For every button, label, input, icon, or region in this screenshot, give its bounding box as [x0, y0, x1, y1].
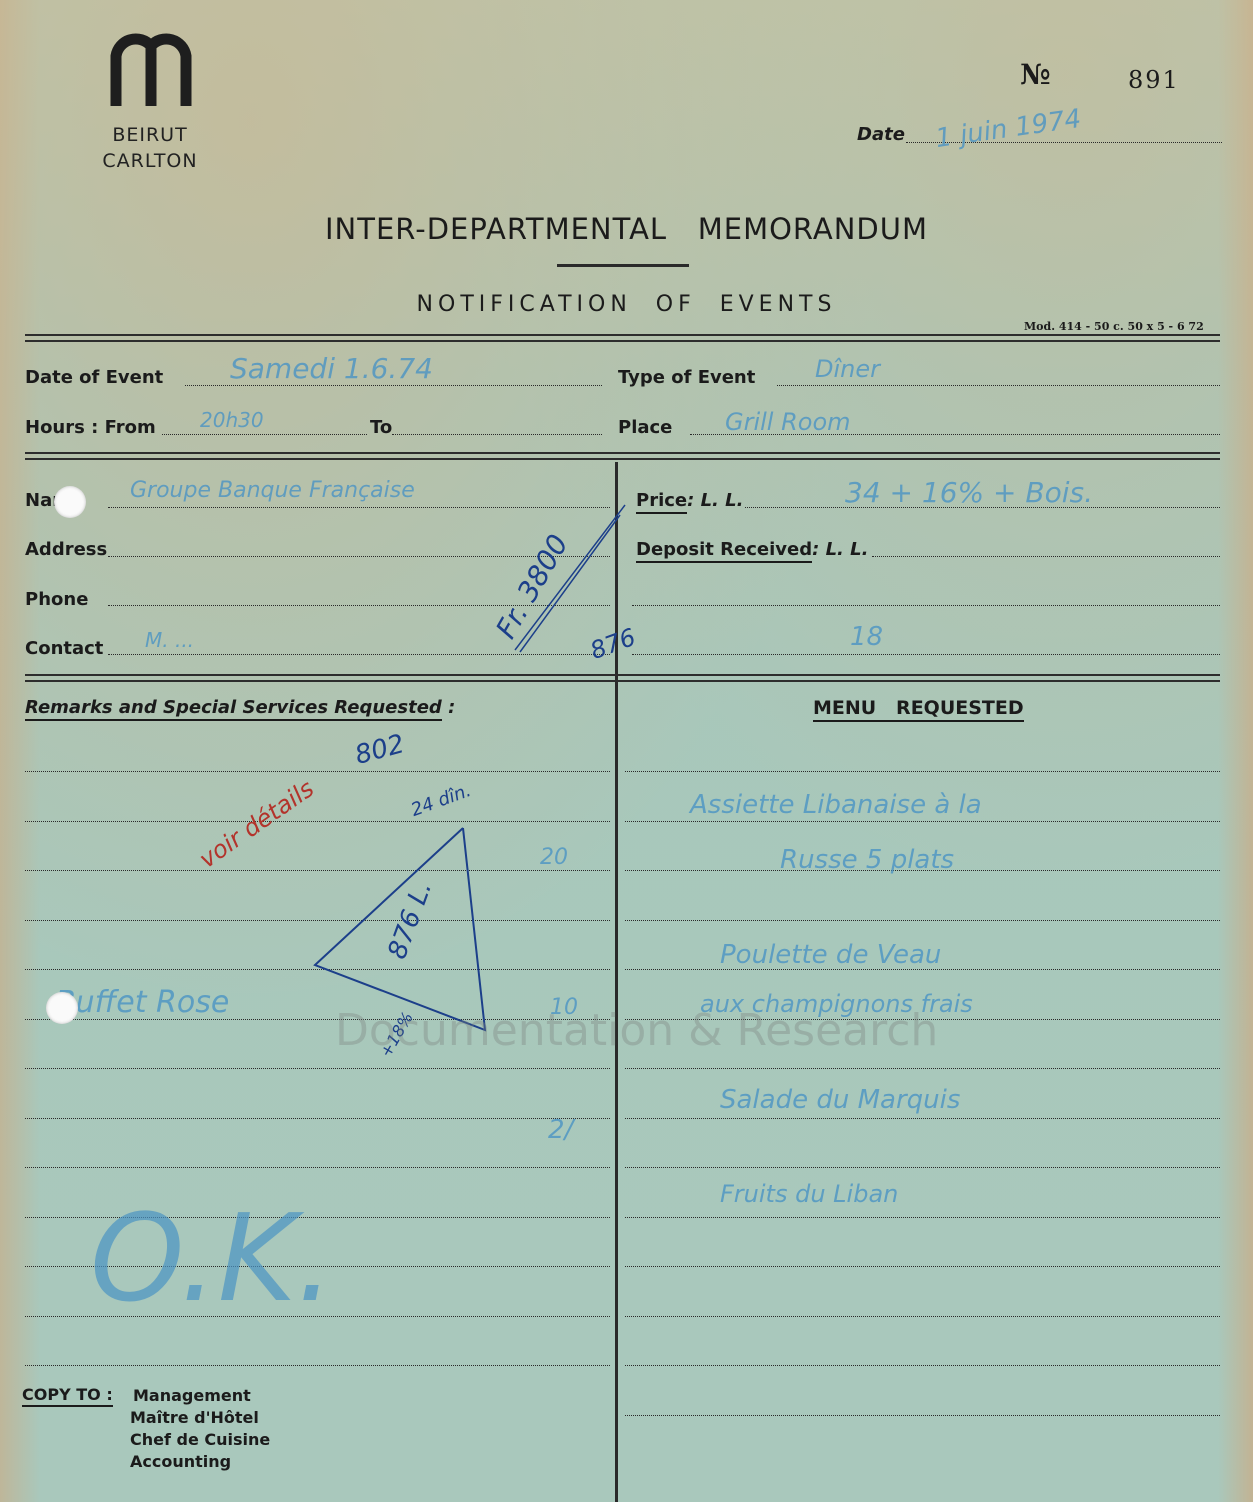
deposit-line	[872, 556, 1220, 557]
date-of-event-line	[185, 385, 602, 386]
annotation-802: 802	[352, 729, 408, 771]
remark-line[interactable]	[25, 1365, 610, 1366]
phone-label: Phone	[25, 589, 88, 610]
page-subtitle: NOTIFICATION OF EVENTS	[0, 292, 1253, 317]
place-value[interactable]: Grill Room	[725, 408, 851, 436]
event-section-rule	[25, 452, 1220, 460]
menu-line[interactable]	[625, 1118, 1220, 1119]
menu-line[interactable]	[625, 771, 1220, 772]
copy-to-accounting: Accounting	[130, 1451, 270, 1473]
contact-label: Contact	[25, 638, 103, 659]
client-section-rule	[25, 674, 1220, 682]
beirut-carlton-logo-icon	[110, 28, 192, 106]
price-value[interactable]: 34 + 16% + Bois.	[845, 476, 1093, 509]
remark-line[interactable]	[25, 771, 610, 772]
address-label: Address	[25, 539, 107, 560]
date-label: Date	[857, 124, 905, 145]
extra-value[interactable]: 18	[850, 622, 883, 652]
copy-to-maitre-dhotel: Maître d'Hôtel	[130, 1407, 270, 1429]
hours-from-label: Hours : From	[25, 417, 156, 438]
remark-line[interactable]	[25, 1118, 610, 1119]
menu-item-3[interactable]: Poulette de Veau	[720, 940, 941, 970]
price-label: Price: L. L.	[636, 490, 743, 511]
memo-number-value: 891	[1128, 66, 1180, 94]
margin-2: 2/	[548, 1115, 573, 1145]
remark-note-ok[interactable]: O.K.	[90, 1190, 335, 1329]
menu-line[interactable]	[625, 821, 1220, 822]
menu-item-6[interactable]: Fruits du Liban	[720, 1180, 898, 1208]
type-of-event-value[interactable]: Dîner	[815, 355, 880, 383]
brand-line-2: CARLTON	[80, 150, 220, 172]
punch-hole-bottom	[46, 992, 78, 1024]
deposit-label: Deposit Received: L. L.	[636, 539, 868, 560]
punch-hole-top	[54, 486, 86, 518]
contact-value[interactable]: M. ...	[145, 628, 194, 652]
menu-line[interactable]	[625, 1217, 1220, 1218]
copy-to-management: Management	[130, 1385, 270, 1407]
header-rule	[25, 334, 1220, 342]
brand-line-1: BEIRUT	[80, 124, 220, 146]
copy-to-chef-de-cuisine: Chef de Cuisine	[130, 1429, 270, 1451]
page-title: INTER-DEPARTMENTAL MEMORANDUM	[0, 212, 1253, 246]
type-of-event-line	[777, 385, 1220, 386]
watermark: Documentation & Research	[335, 1005, 938, 1056]
copy-to-list: Management Maître d'Hôtel Chef de Cuisin…	[130, 1385, 270, 1473]
hours-from-line	[162, 434, 367, 435]
copy-to-label: COPY TO :	[22, 1385, 113, 1404]
name-value[interactable]: Groupe Banque Française	[130, 478, 415, 503]
menu-item-2[interactable]: Russe 5 plats	[780, 845, 954, 875]
menu-heading: MENU REQUESTED	[813, 697, 1024, 719]
remark-line[interactable]	[25, 1167, 610, 1168]
price-extra-line-1	[632, 605, 1220, 606]
menu-line[interactable]	[625, 1316, 1220, 1317]
hours-from-value[interactable]: 20h30	[200, 408, 264, 432]
menu-line[interactable]	[625, 920, 1220, 921]
arrow-annotation-icon	[500, 500, 630, 660]
form-code: Mod. 414 - 50 c. 50 x 5 - 6 72	[1024, 320, 1204, 333]
hours-to-label: To	[370, 417, 392, 438]
menu-item-5[interactable]: Salade du Marquis	[720, 1085, 960, 1115]
place-label: Place	[618, 417, 672, 438]
price-extra-line-2	[632, 654, 1220, 655]
menu-line[interactable]	[625, 1415, 1220, 1416]
memo-number-label: №	[1020, 58, 1050, 91]
menu-line[interactable]	[625, 1266, 1220, 1267]
title-divider	[557, 264, 689, 267]
date-of-event-label: Date of Event	[25, 367, 163, 388]
date-value[interactable]: 1 juin 1974	[934, 104, 1083, 154]
menu-item-1[interactable]: Assiette Libanaise à la	[690, 790, 982, 820]
remark-line[interactable]	[25, 1068, 610, 1069]
menu-line[interactable]	[625, 1068, 1220, 1069]
annotation-24-din: 24 dîn.	[408, 780, 474, 821]
menu-line[interactable]	[625, 1365, 1220, 1366]
menu-line[interactable]	[625, 1167, 1220, 1168]
remarks-heading: Remarks and Special Services Requested :	[25, 697, 455, 718]
date-of-event-value[interactable]: Samedi 1.6.74	[230, 352, 433, 385]
hours-to-line	[392, 434, 602, 435]
type-of-event-label: Type of Event	[618, 367, 755, 388]
remark-note-buffet[interactable]: Buffet Rose	[55, 985, 229, 1020]
margin-20: 20	[540, 845, 568, 870]
